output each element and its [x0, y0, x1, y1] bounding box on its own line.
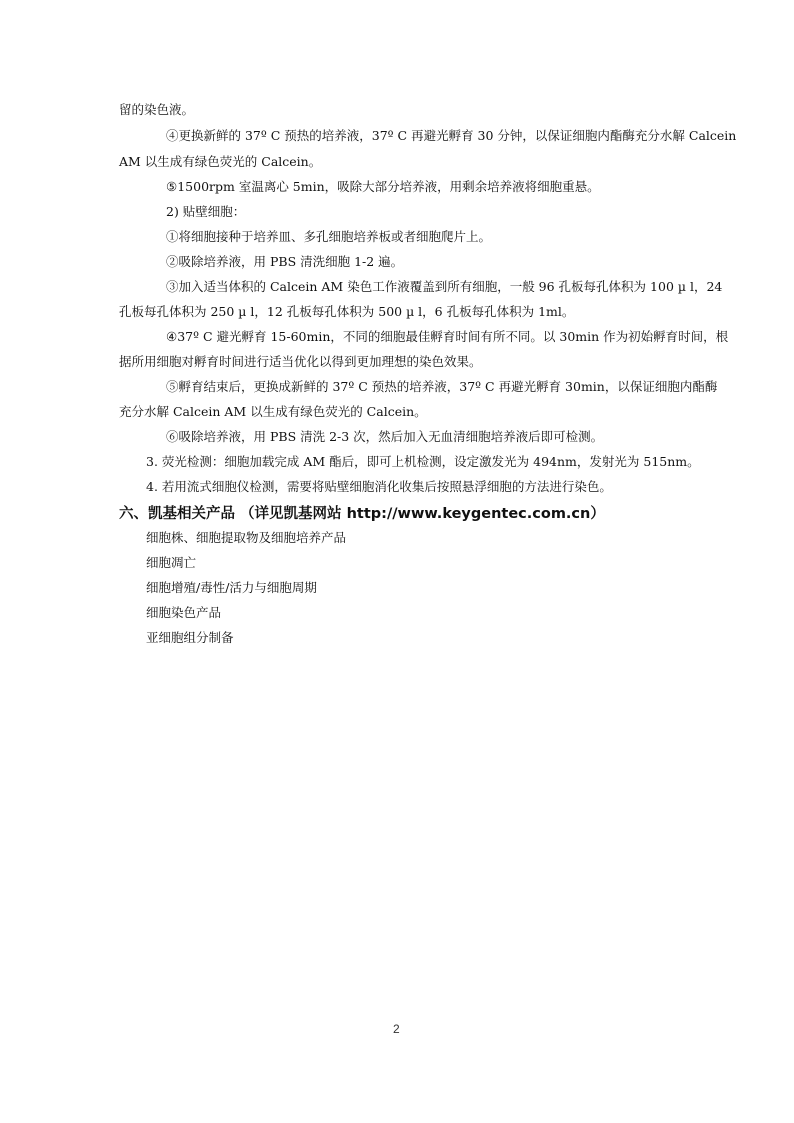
product-item: 细胞染色产品 — [146, 605, 221, 621]
text-line: AM 以生成有绿色荧光的 Calcein。 — [119, 154, 321, 170]
text-line: 留的染色液。 — [119, 102, 194, 118]
subsection-title: 2) 贴壁细胞： — [166, 204, 245, 220]
step-4-line: 4. 若用流式细胞仪检测，需要将贴壁细胞消化收集后按照悬浮细胞的方法进行染色。 — [146, 479, 612, 495]
section-6-heading: 六、凯基相关产品 （详见凯基网站 http://www.keygentec.co… — [119, 502, 605, 523]
product-item: 细胞凋亡 — [146, 555, 196, 571]
text-line: ⑤1500rpm 室温离心 5min，吸除大部分培养液，用剩余培养液将细胞重悬。 — [166, 179, 600, 195]
text-line: 孔板每孔体积为 250 µ l，12 孔板每孔体积为 500 µ l，6 孔板每… — [119, 304, 574, 320]
text-line: ②吸除培养液，用 PBS 清洗细胞 1-2 遍。 — [166, 254, 403, 270]
text-line: ⑥吸除培养液，用 PBS 清洗 2-3 次，然后加入无血清细胞培养液后即可检测。 — [166, 429, 603, 445]
text-line: ①将细胞接种于培养皿、多孔细胞培养板或者细胞爬片上。 — [166, 229, 491, 245]
text-line: ⑤孵育结束后，更换成新鲜的 37º C 预热的培养液，37º C 再避光孵育 3… — [166, 379, 717, 395]
text-line: ③加入适当体积的 Calcein AM 染色工作液覆盖到所有细胞，一般 96 孔… — [166, 279, 722, 295]
page-number: 2 — [393, 1022, 400, 1036]
text-line: ④37º C 避光孵育 15-60min，不同的细胞最佳孵育时间有所不同。以 3… — [166, 329, 728, 345]
text-line: ④更换新鲜的 37º C 预热的培养液，37º C 再避光孵育 30 分钟，以保… — [166, 128, 736, 144]
step-3-line: 3. 荧光检测：细胞加载完成 AM 酯后，即可上机检测，设定激发光为 494nm… — [146, 454, 700, 470]
text-line: 据所用细胞对孵育时间进行适当优化以得到更加理想的染色效果。 — [119, 354, 482, 370]
product-item: 细胞株、细胞提取物及细胞培养产品 — [146, 530, 346, 546]
product-item: 细胞增殖/毒性/活力与细胞周期 — [146, 580, 317, 596]
product-item: 亚细胞组分制备 — [146, 630, 234, 646]
text-line: 充分水解 Calcein AM 以生成有绿色荧光的 Calcein。 — [119, 404, 427, 420]
